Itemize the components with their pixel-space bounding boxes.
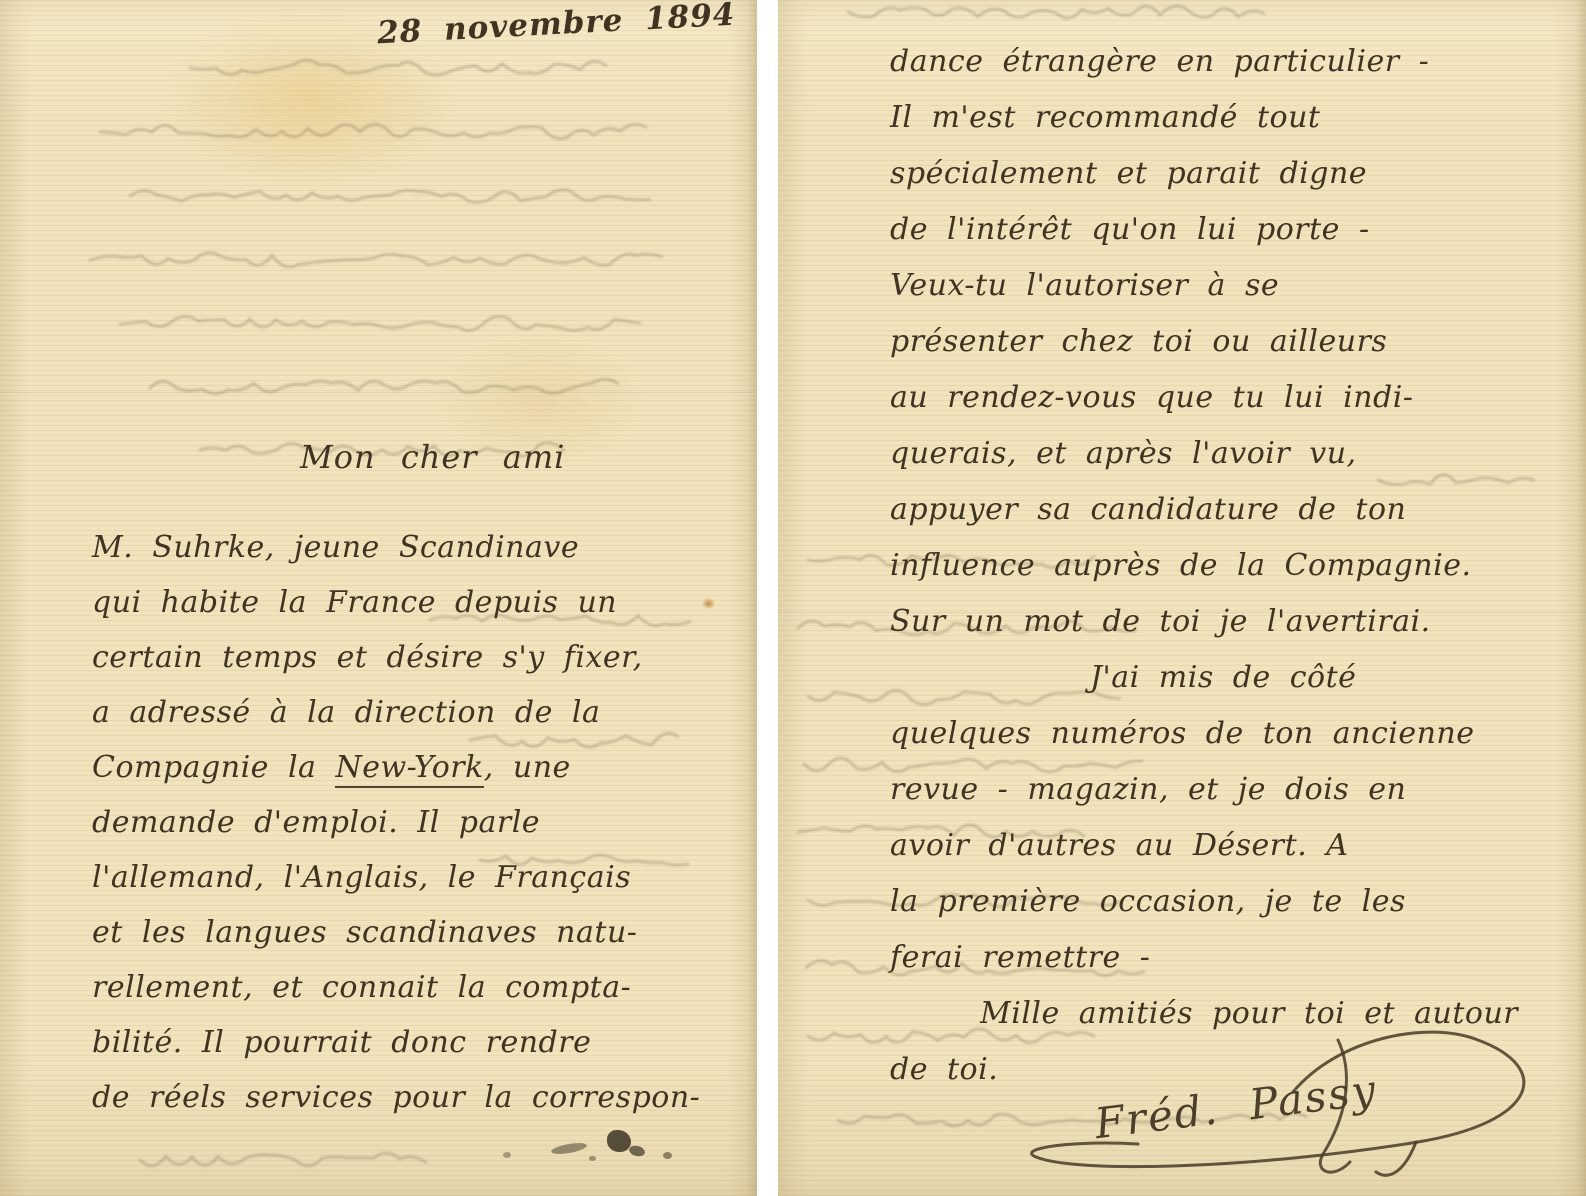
letter-line: de réels services pour la correspon- (92, 1070, 743, 1125)
letter-line: rellement, et connait la compta- (92, 960, 743, 1015)
page-edge-shadow (1576, 0, 1586, 1196)
letter-line: Il m'est recommandé tout (890, 90, 1578, 146)
letter-line: quelques numéros de ton ancienne (890, 706, 1578, 762)
letter-line: demande d'emploi. Il parle (92, 795, 743, 850)
date-line: 28 novembre 1894 (376, 0, 736, 51)
letter-line: la première occasion, je te les (890, 874, 1578, 930)
letter-line: querais, et après l'avoir vu, (890, 426, 1578, 482)
letter-line: certain temps et désire s'y fixer, (92, 630, 743, 685)
letter-line: l'allemand, l'Anglais, le Français (92, 850, 743, 905)
ink-smudge (545, 1122, 745, 1182)
letter-line: M. Suhrke, jeune Scandinave (92, 520, 743, 575)
letter-line: spécialement et parait digne (890, 146, 1578, 202)
letter-page-2: dance étrangère en particulier -Il m'est… (778, 0, 1586, 1196)
letter-line: et les langues scandinaves natu- (92, 905, 743, 960)
letter-line: a adressé à la direction de la (92, 685, 743, 740)
underlined-word: New-York (335, 750, 483, 788)
letter-page-1: 28 novembre 1894 Mon cher ami M. Suhrke,… (0, 0, 757, 1196)
page2-body: dance étrangère en particulier -Il m'est… (890, 34, 1578, 1098)
letter-line: appuyer sa candidature de ton (890, 482, 1578, 538)
signature: Fréd. Passy (1008, 1010, 1568, 1196)
letter-line: J'ai mis de côté (890, 650, 1578, 706)
page-gutter (757, 0, 778, 1196)
letter-line: dance étrangère en particulier - (890, 34, 1578, 90)
letter-line: Compagnie la New-York, une (92, 740, 743, 795)
letter-line: revue - magazin, et je dois en (890, 762, 1578, 818)
letter-line: au rendez-vous que tu lui indi- (890, 370, 1578, 426)
page-edge-shadow (747, 0, 757, 1196)
letter-line: présenter chez toi ou ailleurs (890, 314, 1578, 370)
page1-body: M. Suhrke, jeune Scandinavequi habite la… (92, 520, 743, 1125)
letter-line: bilité. Il pourrait donc rendre (92, 1015, 743, 1070)
letter-line: influence auprès de la Compagnie. (890, 538, 1578, 594)
letter-line: Veux-tu l'autoriser à se (890, 258, 1578, 314)
letter-line: qui habite la France depuis un (92, 575, 743, 630)
letter-line: avoir d'autres au Désert. A (890, 818, 1578, 874)
letter-line: Sur un mot de toi je l'avertirai. (890, 594, 1578, 650)
letter-line: ferai remettre - (890, 930, 1578, 986)
letter-line: de l'intérêt qu'on lui porte - (890, 202, 1578, 258)
letter-scan: 28 novembre 1894 Mon cher ami M. Suhrke,… (0, 0, 1586, 1196)
fold-crease (0, 392, 757, 395)
salutation: Mon cher ami (300, 438, 565, 476)
